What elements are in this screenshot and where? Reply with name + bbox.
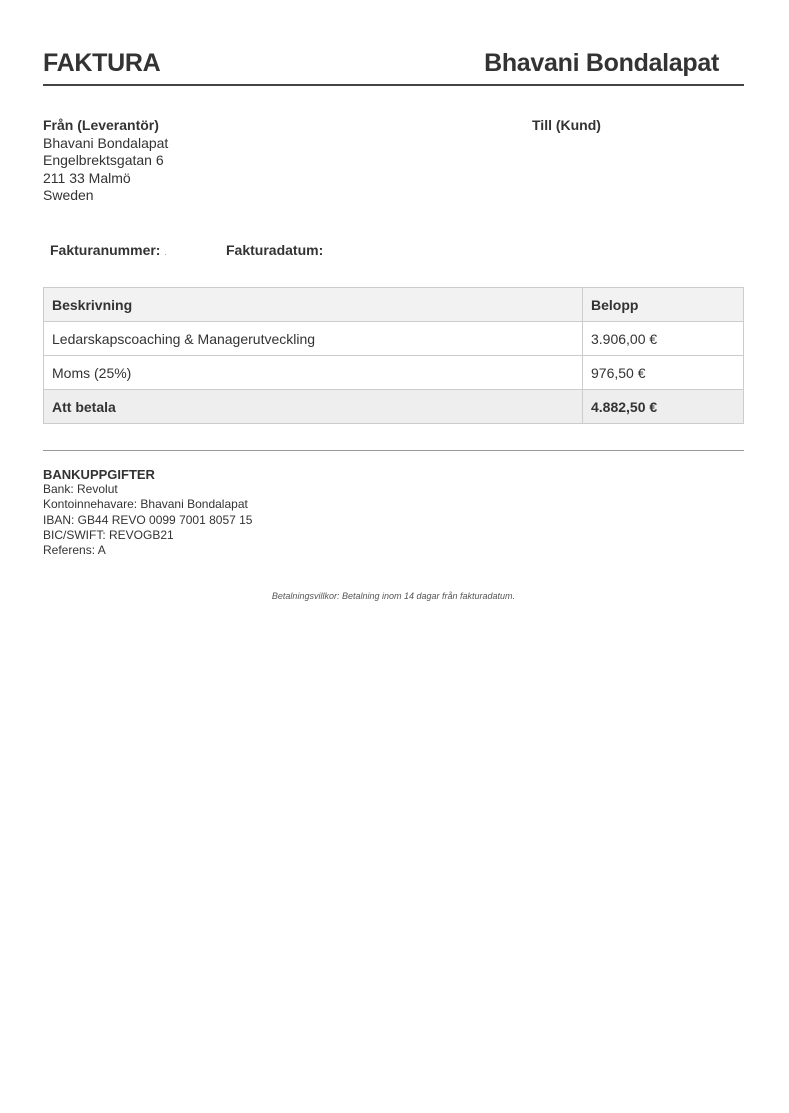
invoice-meta: Fakturanummer:. Fakturadatum: — [50, 242, 166, 258]
table-header-row: Beskrivning Belopp — [44, 288, 744, 322]
total-amount: 4.882,50 € — [583, 390, 744, 424]
customer-block: Till (Kund) — [532, 117, 601, 135]
section-divider — [43, 450, 744, 451]
table-row: Ledarskapscoaching & Managerutveckling 3… — [44, 322, 744, 356]
supplier-postal-city: 211 33 Malmö — [43, 170, 168, 188]
header-sender-name: Bhavani Bondalapat — [484, 49, 719, 78]
supplier-country: Sweden — [43, 187, 168, 205]
total-label: Att betala — [44, 390, 583, 424]
invoice-date-label: Fakturadatum: — [226, 242, 323, 258]
row-amount: 976,50 € — [583, 356, 744, 390]
row-description: Ledarskapscoaching & Managerutveckling — [44, 322, 583, 356]
total-row: Att betala 4.882,50 € — [44, 390, 744, 424]
bank-details-label: BANKUPPGIFTER — [43, 467, 252, 482]
row-amount: 3.906,00 € — [583, 322, 744, 356]
column-header-description: Beskrivning — [44, 288, 583, 322]
bic-swift: BIC/SWIFT: REVOGB21 — [43, 528, 252, 543]
supplier-name: Bhavani Bondalapat — [43, 135, 168, 153]
supplier-block: Från (Leverantör) Bhavani Bondalapat Eng… — [43, 117, 168, 205]
payment-reference: Referens: A — [43, 543, 252, 558]
invoice-title: FAKTURA — [43, 49, 160, 78]
line-items-table: Beskrivning Belopp Ledarskapscoaching & … — [43, 287, 744, 424]
table-row: Moms (25%) 976,50 € — [44, 356, 744, 390]
invoice-number-label: Fakturanummer: — [50, 242, 160, 258]
account-holder: Kontoinnehavare: Bhavani Bondalapat — [43, 497, 252, 512]
bank-name: Bank: Revolut — [43, 482, 252, 497]
supplier-label: Från (Leverantör) — [43, 117, 168, 135]
row-description: Moms (25%) — [44, 356, 583, 390]
column-header-amount: Belopp — [583, 288, 744, 322]
customer-label: Till (Kund) — [532, 117, 601, 135]
iban: IBAN: GB44 REVO 0099 7001 8057 15 — [43, 513, 252, 528]
payment-terms: Betalningsvillkor: Betalning inom 14 dag… — [43, 591, 744, 601]
supplier-street: Engelbrektsgatan 6 — [43, 152, 168, 170]
invoice-number-value: . — [164, 251, 166, 257]
bank-details: BANKUPPGIFTER Bank: Revolut Kontoinnehav… — [43, 467, 252, 558]
invoice-header: FAKTURA Bhavani Bondalapat — [43, 46, 744, 86]
